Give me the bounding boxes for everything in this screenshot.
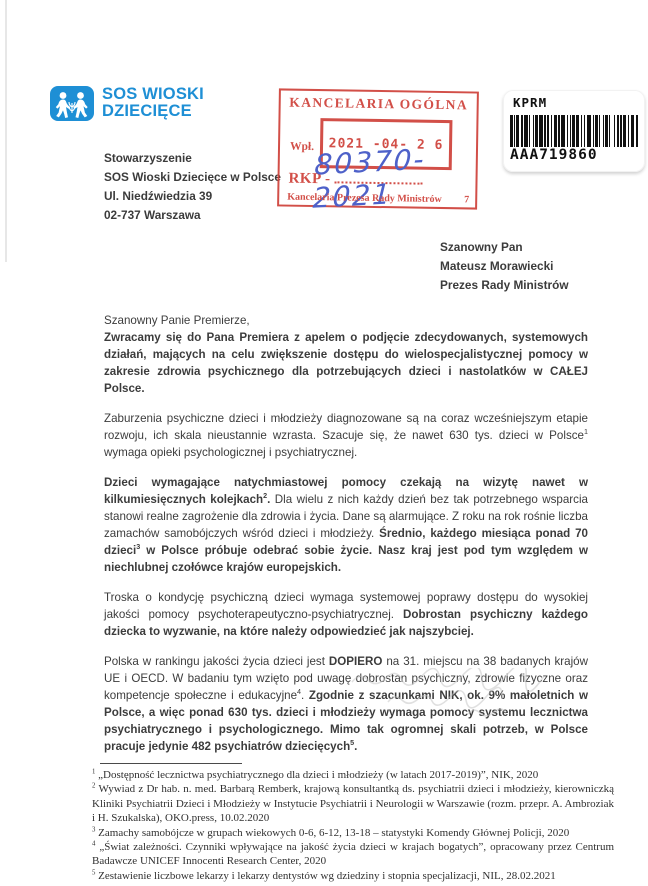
footnote-text: Zestawienie liczbowe lekarzy i lekarzy d… (95, 870, 555, 882)
sender-address: Stowarzyszenie SOS Wioski Dziecięce w Po… (104, 149, 281, 225)
greeting: Szanowny Panie Premierze, (104, 312, 588, 329)
scanned-letter-page: SOS WIOSKI DZIECIĘCE Stowarzyszenie SOS … (0, 0, 648, 886)
logo-wordmark: SOS WIOSKI DZIECIĘCE (102, 86, 204, 119)
barcode-sticker: KPRM AAA719860 (503, 90, 645, 172)
body-paragraphs: Zwracamy się do Pana Premiera z apelem o… (104, 329, 588, 755)
text-run: w Polsce próbuje odebrać sobie życie. Na… (104, 544, 588, 574)
footnote: 2 Wywiad z Dr hab. n. med. Barbarą Rembe… (92, 782, 614, 825)
sender-line: 02-737 Warszawa (104, 206, 281, 225)
paragraph: Zaburzenia psychiczne dzieci i młodzieży… (104, 410, 588, 461)
stamp-office-name: Kancelaria Prezesa Rady Ministrów (287, 192, 442, 205)
footnote-text: „Świat zależności. Czynniki wpływające n… (92, 841, 614, 867)
text-run: . (354, 740, 357, 753)
recipient-address: Szanowny Pan Mateusz Morawiecki Prezes R… (440, 238, 569, 295)
text-run: Zwracamy się do Pana Premiera z apelem o… (104, 331, 588, 395)
letter-body: Szanowny Panie Premierze, Zwracamy się d… (104, 312, 588, 768)
footnote: 3 Zamachy samobójcze w grupach wiekowych… (92, 826, 614, 840)
registry-stamp: KANCELARIA OGÓLNA Wpł. 2021 -04- 2 6 RKP… (277, 88, 479, 209)
stamp-received-label: Wpł. (290, 141, 314, 153)
paragraph: Dzieci wymagające natychmiastowej pomocy… (104, 474, 588, 576)
paragraph: Polska w rankingu jakości życia dzieci j… (104, 653, 588, 755)
paragraph: Zwracamy się do Pana Premiera z apelem o… (104, 329, 588, 397)
footnote: 1 „Dostępność lecznictwa psychiatryczneg… (92, 768, 614, 782)
footnote: 4 „Świat zależności. Czynniki wpływające… (92, 840, 614, 869)
footnotes: 1 „Dostępność lecznictwa psychiatryczneg… (92, 768, 614, 883)
barcode-value: AAA719860 (510, 147, 598, 163)
text-run: Polska w rankingu jakości życia dzieci j… (104, 655, 329, 668)
stamp-office-number: 7 (464, 194, 469, 205)
recipient-line: Prezes Rady Ministrów (440, 276, 569, 295)
stamp-title: KANCELARIA OGÓLNA (281, 94, 477, 113)
text-run: wymaga opieki psychologicznej i psychiat… (104, 446, 357, 459)
text-run: . (301, 689, 309, 702)
footnote-separator (100, 763, 242, 764)
logo-line-2: DZIECIĘCE (102, 103, 204, 120)
scan-artifact-line (5, 0, 7, 262)
footnote: 5 Zestawienie liczbowe lekarzy i lekarzy… (92, 869, 614, 883)
paragraph: Troska o kondycję psychiczną dzieci wyma… (104, 589, 588, 640)
footnote-text: Wywiad z Dr hab. n. med. Barbarą Remberk… (92, 783, 614, 824)
sender-line: Stowarzyszenie (104, 149, 281, 168)
logo-line-1: SOS WIOSKI (102, 86, 204, 103)
footnote-text: „Dostępność lecznictwa psychiatrycznego … (95, 769, 538, 781)
footnote-reference: 1 (584, 427, 588, 436)
text-run: Zaburzenia psychiczne dzieci i młodzieży… (104, 412, 588, 442)
footnote-text: Zamachy samobójcze w grupach wiekowych 0… (95, 827, 569, 839)
barcode-agency-label: KPRM (513, 95, 547, 110)
barcode-bars (510, 115, 640, 147)
recipient-line: Szanowny Pan (440, 238, 569, 257)
text-run: DOPIERO (329, 655, 382, 668)
sender-line: SOS Wioski Dziecięce w Polsce (104, 168, 281, 187)
sos-children-icon (50, 86, 94, 126)
sender-line: Ul. Niedźwiedzia 39 (104, 187, 281, 206)
sos-logo: SOS WIOSKI DZIECIĘCE (50, 86, 204, 126)
recipient-line: Mateusz Morawiecki (440, 257, 569, 276)
barcode-gap (638, 115, 639, 147)
